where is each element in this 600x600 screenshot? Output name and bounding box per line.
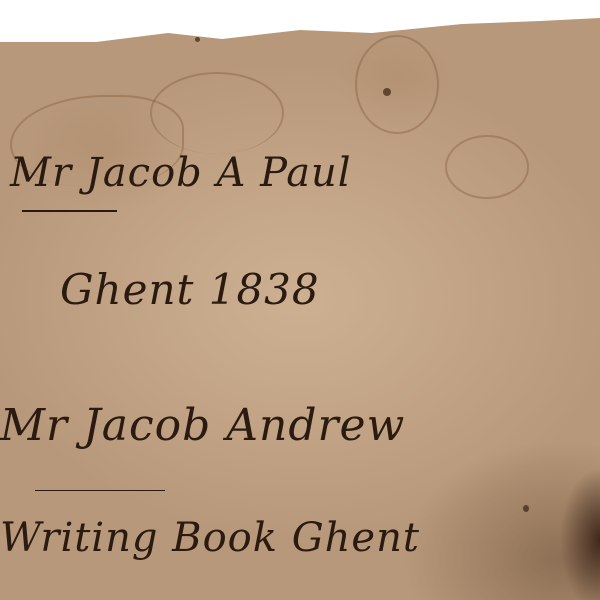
water-stain [150,72,284,154]
water-stain [355,35,439,134]
corner-shadow [540,440,600,600]
ink-spot [523,505,529,512]
inscription-line-4: Writing Book Ghent [0,515,420,561]
inscription-line-2: Ghent 1838 [60,265,320,314]
inscription-line-3: Mr Jacob Andrew [0,400,405,451]
underline-flourish [22,210,117,212]
inscription-line-1: Mr Jacob A Paul [10,150,352,196]
water-stain [445,135,529,199]
ink-spot [195,37,200,42]
underline-flourish [35,490,165,491]
ink-spot [383,88,391,96]
